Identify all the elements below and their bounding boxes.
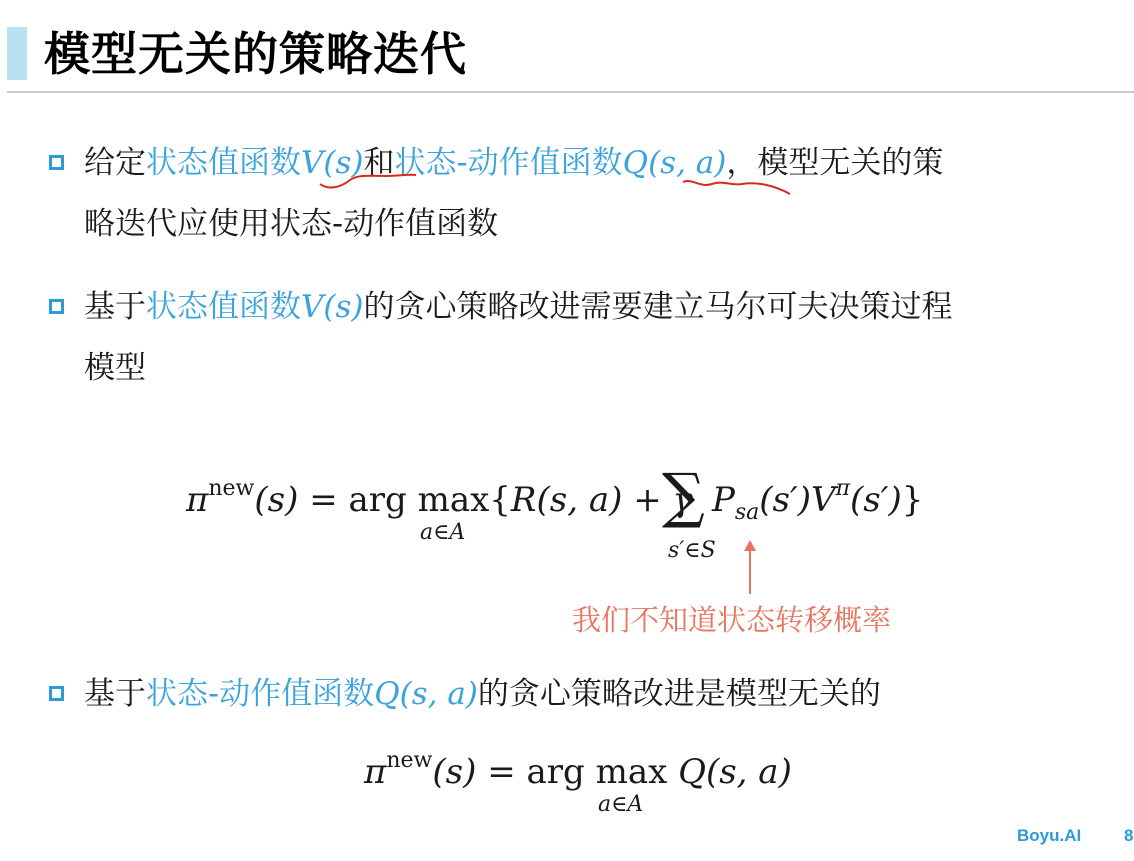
brand-logo: Boyu.AI	[1017, 826, 1081, 846]
argmax-subscript: a∈A	[598, 792, 643, 817]
superscript: π	[836, 476, 850, 501]
text: 的贪心策略改进需要建立马尔可夫决策过程	[363, 289, 952, 325]
superscript: new	[208, 476, 254, 501]
reward-term: R(s, a)	[511, 480, 622, 520]
highlight-term: 状态-动作值函数	[394, 145, 622, 181]
equals: =	[487, 752, 516, 792]
argmax-subscript: a∈A	[420, 520, 465, 545]
bullet-square-icon	[49, 299, 64, 314]
title-divider	[7, 91, 1134, 93]
text: ，模型无关的策	[726, 145, 943, 181]
ink-underline-q-s-a	[680, 178, 795, 200]
math: a∈A	[598, 792, 643, 817]
text: 给定	[84, 145, 146, 181]
superscript: new	[386, 748, 432, 773]
argmax: arg max	[349, 480, 490, 520]
math: (s′)	[850, 480, 902, 520]
text: 基于	[84, 289, 146, 325]
math-v-s: V(s)	[301, 289, 363, 325]
brace: {	[489, 480, 511, 520]
equals: =	[309, 480, 338, 520]
arrow-shaft	[749, 548, 751, 594]
brace: }	[902, 480, 924, 520]
pi-symbol: π	[364, 752, 386, 792]
equation-policy-improvement-v: πnew(s) = arg max{R(s, a) + γ	[186, 476, 693, 520]
ink-underline-v-s	[318, 168, 418, 190]
highlight-term: 状态值函数	[146, 145, 301, 181]
argmax: arg max	[527, 752, 668, 792]
bullet-square-icon	[49, 686, 64, 701]
math: s′∈S	[668, 538, 716, 563]
slide-title: 模型无关的策略迭代	[44, 22, 467, 86]
highlight-term: 状态值函数	[146, 289, 301, 325]
pi-symbol: π	[186, 480, 208, 520]
summation-symbol: ∑	[662, 466, 705, 526]
summation-subscript: s′∈S	[668, 538, 716, 563]
text: 基于	[84, 676, 146, 712]
math-q-s-a: Q(s, a)	[374, 676, 478, 712]
math: (s′)	[759, 480, 811, 520]
bullet-2-line-1: 基于状态值函数V(s)的贪心策略改进需要建立马尔可夫决策过程	[84, 285, 952, 329]
page-number: 8	[1124, 826, 1133, 846]
math: (s)	[254, 480, 298, 520]
p-symbol: P	[712, 480, 735, 520]
subscript: sa	[735, 500, 759, 525]
title-accent-bar	[7, 27, 27, 80]
bullet-2-line-2: 模型	[84, 346, 146, 390]
math: a∈A	[420, 520, 465, 545]
annotation-unknown-transition: 我们不知道状态转移概率	[572, 598, 891, 639]
bullet-square-icon	[49, 155, 64, 170]
math-q-s-a: Q(s, a)	[623, 145, 727, 181]
plus: +	[633, 480, 662, 520]
equation-policy-improvement-q: πnew(s) = arg max Q(s, a)	[364, 748, 792, 792]
q-term: Q(s, a)	[678, 752, 792, 792]
math: (s)	[432, 752, 476, 792]
text: 的贪心策略改进是模型无关的	[478, 676, 881, 712]
bullet-3-line-1: 基于状态-动作值函数Q(s, a)的贪心策略改进是模型无关的	[84, 672, 881, 716]
highlight-term: 状态-动作值函数	[146, 676, 374, 712]
v-symbol: V	[811, 480, 836, 520]
equation-transition-value: Psa(s′)Vπ(s′)}	[712, 476, 923, 525]
bullet-1-line-1: 给定状态值函数V(s)和状态-动作值函数Q(s, a)，模型无关的策	[84, 141, 943, 185]
bullet-1-line-2: 略迭代应使用状态-动作值函数	[84, 202, 498, 246]
